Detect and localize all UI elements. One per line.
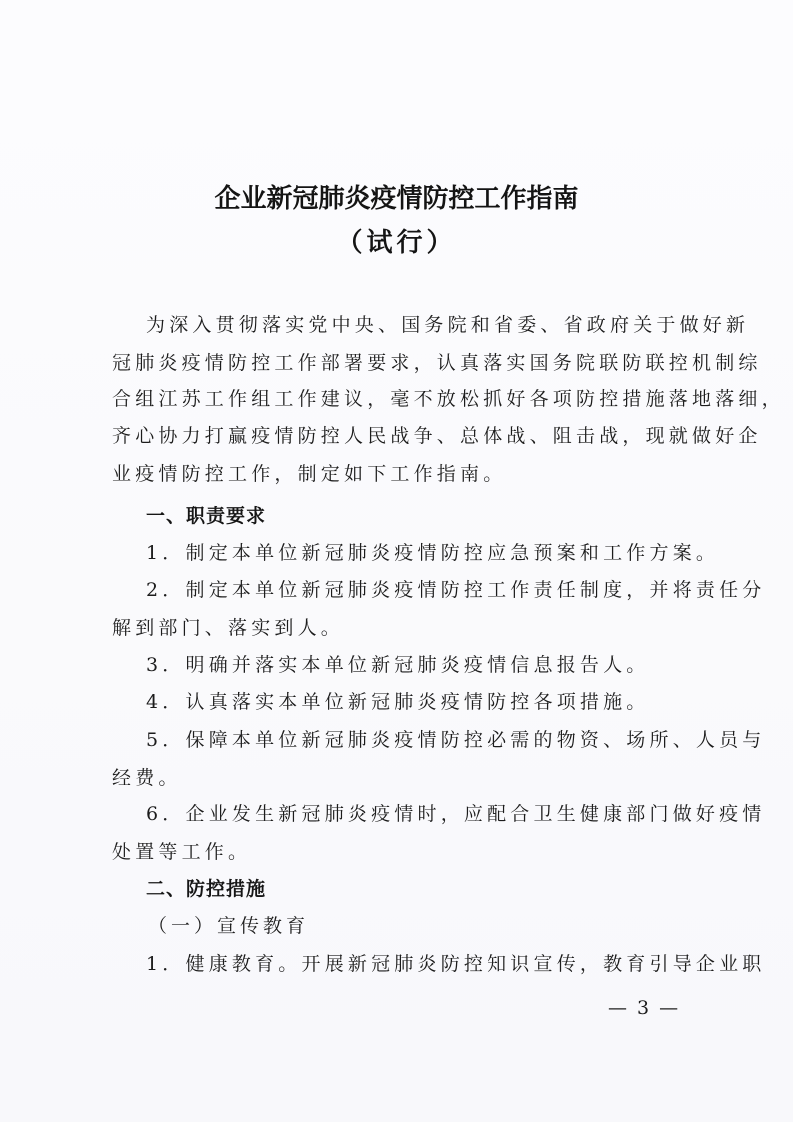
list-item: 4．认真落实本单位新冠肺炎疫情防控各项措施。 — [146, 690, 692, 714]
document-page: 企业新冠肺炎疫情防控工作指南 （试行） 为深入贯彻落实党中央、国务院和省委、省政… — [0, 0, 793, 1122]
intro-line: 齐心协力打赢疫情防控人民战争、总体战、阻击战，现就做好企 — [112, 424, 692, 448]
list-item-continuation: 经费。 — [112, 766, 692, 790]
intro-line: 冠肺炎疫情防控工作部署要求，认真落实国务院联防联控机制综 — [112, 351, 692, 375]
list-item: 5．保障本单位新冠肺炎疫情防控必需的物资、场所、人员与 — [146, 728, 692, 752]
list-item: 2．制定本单位新冠肺炎疫情防控工作责任制度，并将责任分 — [146, 578, 692, 602]
intro-line: 为深入贯彻落实党中央、国务院和省委、省政府关于做好新 — [146, 313, 692, 337]
intro-line: 业疫情防控工作，制定如下工作指南。 — [112, 462, 692, 486]
list-item-continuation: 解到部门、落实到人。 — [112, 616, 692, 640]
section-heading-measures: 二、防控措施 — [146, 877, 266, 901]
list-item: 1．制定本单位新冠肺炎疫情防控应急预案和工作方案。 — [146, 541, 692, 565]
subsection-heading-education: （一）宣传教育 — [148, 914, 309, 938]
document-title: 企业新冠肺炎疫情防控工作指南 — [0, 178, 793, 215]
list-item: 6．企业发生新冠肺炎疫情时，应配合卫生健康部门做好疫情 — [146, 802, 692, 826]
section-heading-responsibilities: 一、职责要求 — [146, 504, 266, 528]
page-number: — 3 — — [608, 996, 680, 1020]
list-item-continuation: 处置等工作。 — [112, 840, 692, 864]
list-item: 1．健康教育。开展新冠肺炎防控知识宣传，教育引导企业职 — [146, 952, 692, 976]
intro-line: 合组江苏工作组工作建议，毫不放松抓好各项防控措施落地落细， — [112, 387, 692, 411]
list-item: 3．明确并落实本单位新冠肺炎疫情信息报告人。 — [146, 653, 692, 677]
document-subtitle: （试行） — [0, 222, 793, 259]
